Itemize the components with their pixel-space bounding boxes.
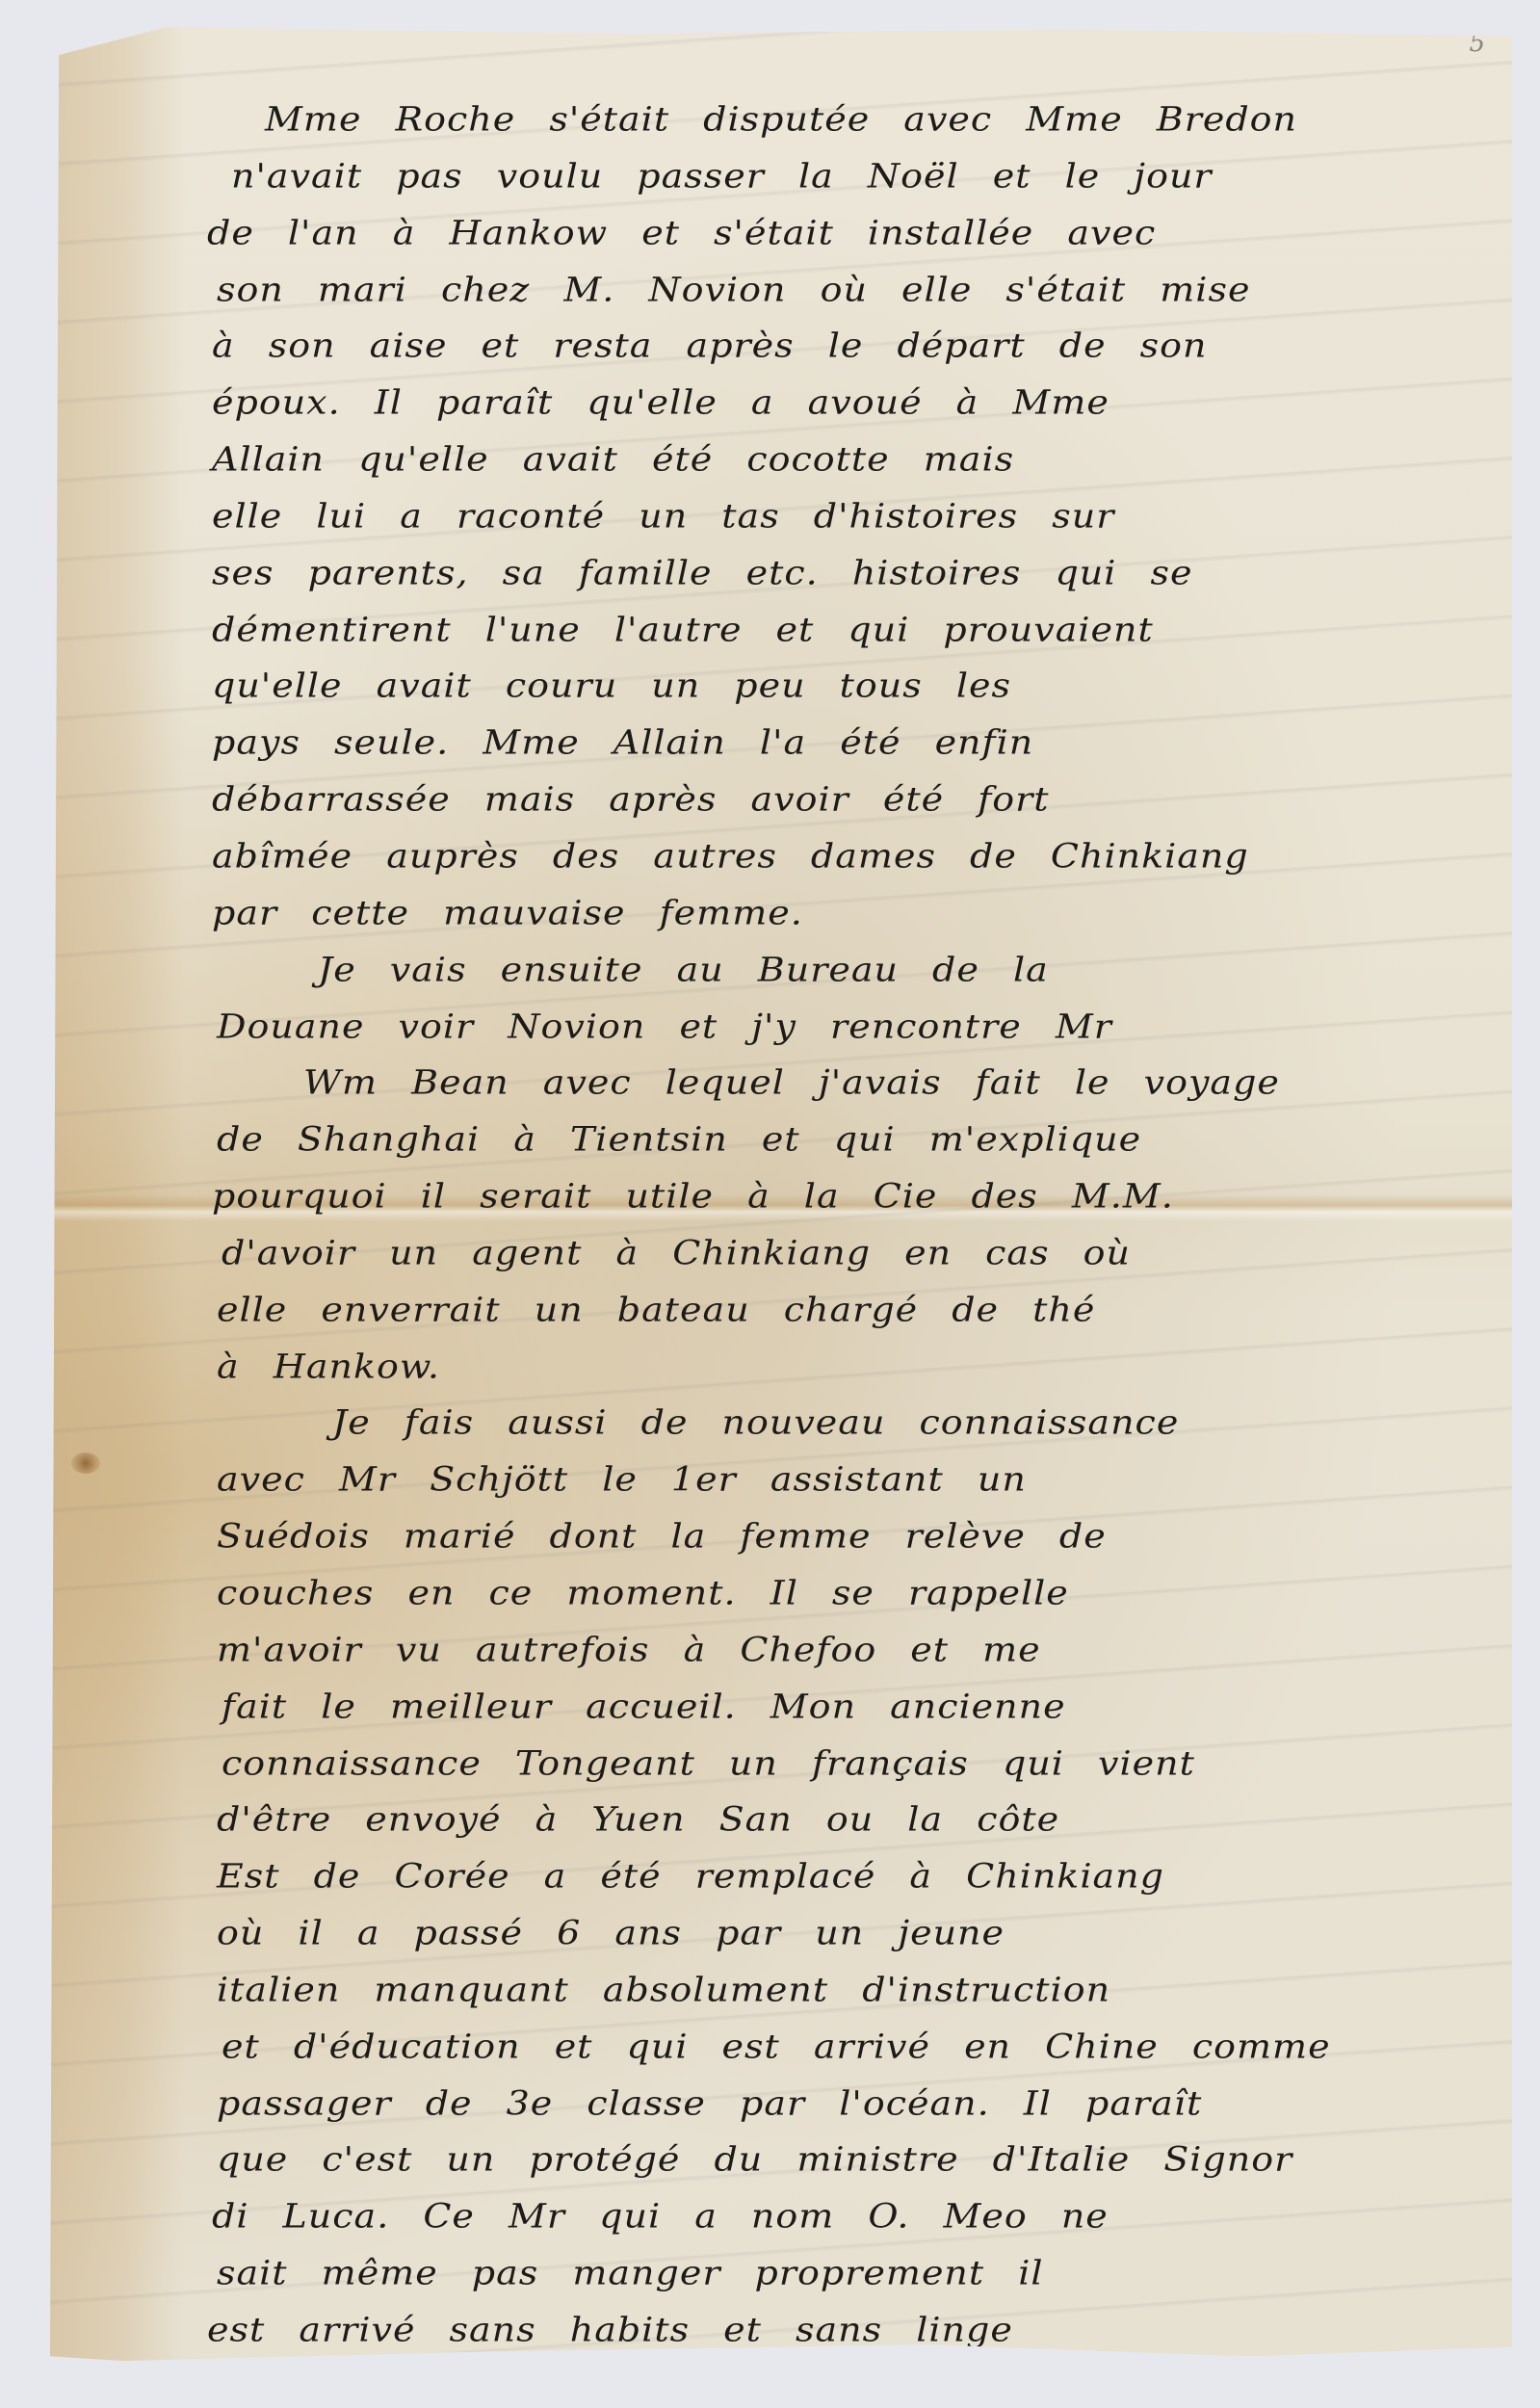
text-line: pays seule. Mme Allain l'a été enfin <box>212 723 1033 762</box>
text-line: Suédois marié dont la femme relève de <box>217 1517 1107 1556</box>
text-line: Douane voir Novion et j'y rencontre Mr <box>217 1007 1112 1045</box>
text-line: Mme Roche s'était disputée avec Mme Bred… <box>265 100 1297 139</box>
text-line: son mari chez M. Novion où elle s'était … <box>217 270 1250 308</box>
text-line: italien manquant absolument d'instructio… <box>217 1970 1110 2008</box>
text-line: à son aise et resta après le départ de s… <box>212 327 1208 365</box>
handwritten-text: Mme Roche s'était disputée avec Mme Bred… <box>50 27 1512 2366</box>
text-line: Je fais aussi de nouveau connaissance <box>332 1403 1179 1442</box>
text-line: démentirent l'une l'autre et qui prouvai… <box>212 610 1154 648</box>
text-line: elle lui a raconté un tas d'histoires su… <box>212 496 1114 535</box>
text-line: époux. Il paraît qu'elle a avoué à Mme <box>212 383 1109 422</box>
text-line: abîmée auprès des autres dames de Chinki… <box>212 837 1249 876</box>
text-line: de Shanghai à Tientsin et qui m'explique <box>217 1120 1141 1159</box>
text-line: sait même pas manger proprement il <box>217 2254 1044 2292</box>
text-line: couches en ce moment. Il se rappelle <box>217 1574 1069 1612</box>
letter-page: 5 Mme Roche s'était disputée avec Mme Br… <box>50 27 1512 2366</box>
text-line: de l'an à Hankow et s'était installée av… <box>207 213 1156 251</box>
text-line: par cette mauvaise femme. <box>212 893 803 931</box>
text-line: d'être envoyé à Yuen San ou la côte <box>217 1800 1059 1839</box>
text-line: elle enverrait un bateau chargé de thé <box>217 1290 1095 1328</box>
text-line: ses parents, sa famille etc. histoires q… <box>212 553 1193 591</box>
text-line: où il a passé 6 ans par un jeune <box>217 1914 1005 1952</box>
text-line: connaissance Tongeant un français qui vi… <box>222 1743 1195 1782</box>
text-line: est arrivé sans habits et sans linge <box>207 2311 1013 2349</box>
text-line: fait le meilleur accueil. Mon ancienne <box>222 1687 1066 1725</box>
text-line: Je vais ensuite au Bureau de la <box>318 950 1049 988</box>
text-line: n'avait pas voulu passer la Noël et le j… <box>231 156 1213 195</box>
text-line: qu'elle avait couru un peu tous les <box>212 667 1011 705</box>
text-line: di Luca. Ce Mr qui a nom O. Meo ne <box>212 2197 1109 2236</box>
text-line: Allain qu'elle avait été cocotte mais <box>212 440 1014 479</box>
text-line: et d'éducation et qui est arrivé en Chin… <box>222 2027 1331 2065</box>
text-line: débarrassée mais après avoir été fort <box>212 780 1050 819</box>
text-line: avec Mr Schjött le 1er assistant un <box>217 1460 1027 1499</box>
text-line: m'avoir vu autrefois à Chefoo et me <box>217 1630 1041 1668</box>
text-line: à Hankow. <box>217 1347 440 1385</box>
text-line: pourquoi il serait utile à la Cie des M.… <box>212 1177 1174 1216</box>
text-line: Est de Corée a été remplacé à Chinkiang <box>217 1857 1164 1896</box>
text-line: d'avoir un agent à Chinkiang en cas où <box>222 1233 1131 1271</box>
text-line: que c'est un protégé du ministre d'Itali… <box>217 2140 1292 2179</box>
text-line: passager de 3e classe par l'océan. Il pa… <box>217 2083 1202 2122</box>
text-line: Wm Bean avec lequel j'avais fait le voya… <box>303 1063 1280 1102</box>
